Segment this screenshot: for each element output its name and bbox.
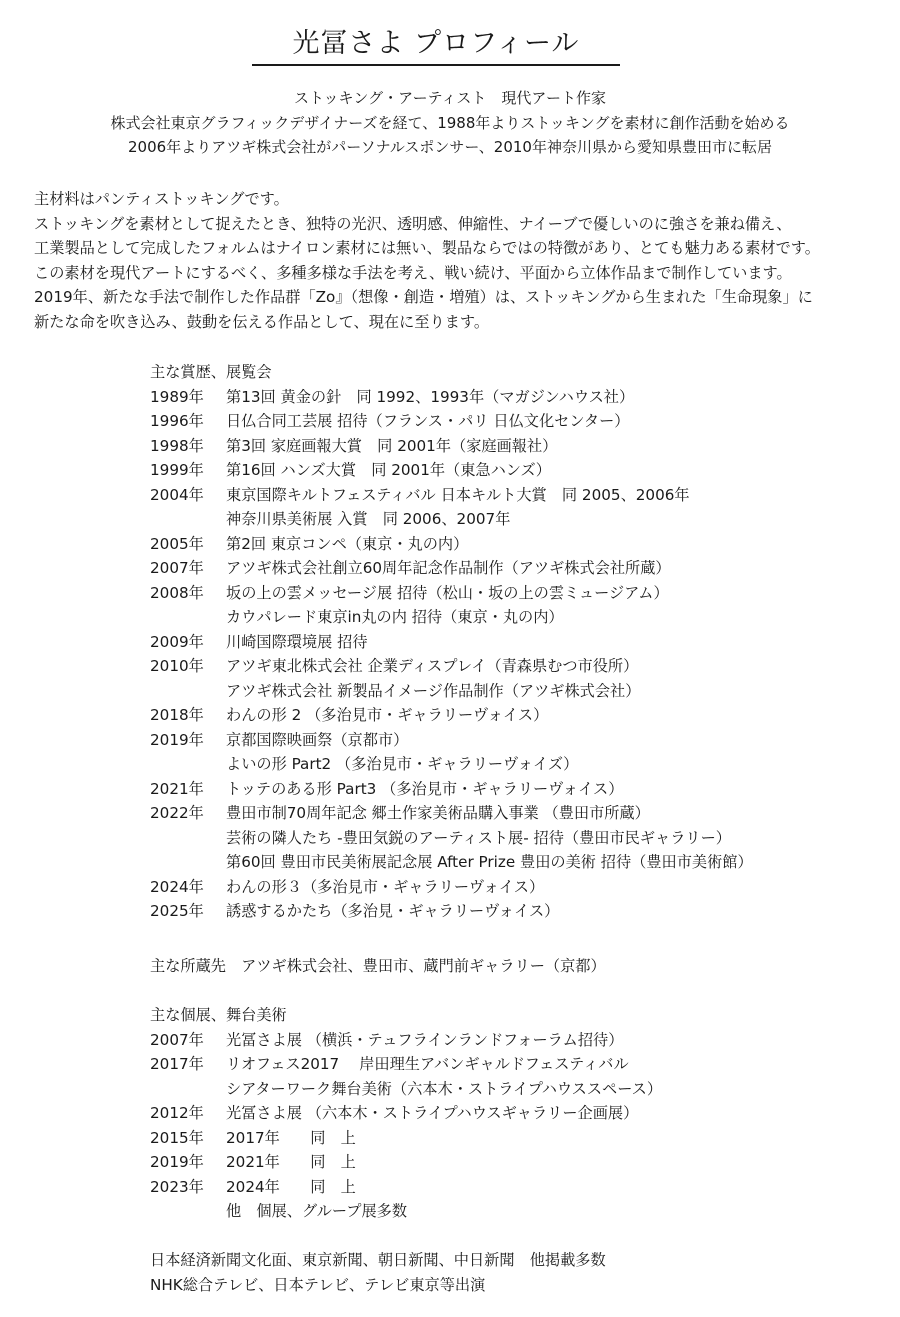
- media-line: NHK総合テレビ、日本テレビ、テレビ東京等出演: [150, 1273, 606, 1298]
- solo-year: 2017年: [150, 1052, 226, 1077]
- media-section: 日本経済新聞文化面、東京新聞、朝日新聞、中日新聞 他掲載多数 NHK総合テレビ、…: [150, 1248, 606, 1297]
- award-desc: アツギ株式会社 新製品イメージ作品制作（アツギ株式会社）: [226, 679, 640, 704]
- solo-desc: シアターワーク舞台美術（六本木・ストライプハウススペース）: [226, 1077, 662, 1102]
- solo-row: 2015年2017年 同 上: [150, 1126, 662, 1151]
- award-row: 2004年東京国際キルトフェスティバル 日本キルト大賞 同 2005、2006年: [150, 483, 753, 508]
- award-row: 1996年日仏合同工芸展 招待（フランス・パリ 日仏文化センター）: [150, 409, 753, 434]
- award-year: 2025年: [150, 899, 226, 924]
- solo-row: 他 個展、グループ展多数: [150, 1199, 662, 1224]
- award-desc: アツギ株式会社創立60周年記念作品制作（アツギ株式会社所蔵）: [226, 556, 671, 581]
- award-desc: カウパレード東京in丸の内 招待（東京・丸の内）: [226, 605, 564, 630]
- award-year: 1998年: [150, 434, 226, 459]
- award-desc: 京都国際映画祭（京都市）: [226, 728, 408, 753]
- award-desc: 第13回 黄金の針 同 1992、1993年（マガジンハウス社）: [226, 385, 634, 410]
- solo-year: 2015年: [150, 1126, 226, 1151]
- award-desc: アツギ東北株式会社 企業ディスプレイ（青森県むつ市役所）: [226, 654, 638, 679]
- award-row: 2007年アツギ株式会社創立60周年記念作品制作（アツギ株式会社所蔵）: [150, 556, 753, 581]
- solo-year: 2012年: [150, 1101, 226, 1126]
- solo-desc: 2024年 同 上: [226, 1175, 356, 1200]
- collections-section: 主な所蔵先 アツギ株式会社、豊田市、蔵門前ギャラリー（京都）: [150, 954, 606, 979]
- award-year: 2018年: [150, 703, 226, 728]
- award-row: 2010年アツギ東北株式会社 企業ディスプレイ（青森県むつ市役所）: [150, 654, 753, 679]
- award-desc: 芸術の隣人たち -豊田気鋭のアーティスト展- 招待（豊田市民ギャラリー）: [226, 826, 731, 851]
- solo-row: 2019年2021年 同 上: [150, 1150, 662, 1175]
- award-row: 2025年誘惑するかたち（多治見・ギャラリーヴォイス）: [150, 899, 753, 924]
- award-desc: 豊田市制70周年記念 郷土作家美術品購入事業 （豊田市所蔵）: [226, 801, 650, 826]
- solo-row: 2023年2024年 同 上: [150, 1175, 662, 1200]
- solo-year: 2019年: [150, 1150, 226, 1175]
- award-year: [150, 507, 226, 532]
- award-desc: よいの形 Part2 （多治見市・ギャラリーヴォイズ）: [226, 752, 578, 777]
- solo-row: 2012年光冨さよ展 （六本木・ストライプハウスギャラリー企画展）: [150, 1101, 662, 1126]
- solo-year: [150, 1199, 226, 1224]
- award-year: 2019年: [150, 728, 226, 753]
- page-title-block: 光冨さよ プロフィール: [252, 26, 620, 66]
- statement-line: 2019年、新たな手法で制作した作品群「Zo』（想像・創造・増殖）は、ストッキン…: [34, 285, 894, 310]
- solo-year: 2007年: [150, 1028, 226, 1053]
- award-desc: 東京国際キルトフェスティバル 日本キルト大賞 同 2005、2006年: [226, 483, 690, 508]
- statement-line: 新たな命を吹き込み、鼓動を伝える作品として、現在に至ります。: [34, 310, 894, 335]
- award-row: 1989年第13回 黄金の針 同 1992、1993年（マガジンハウス社）: [150, 385, 753, 410]
- award-year: 2008年: [150, 581, 226, 606]
- award-row: 2022年豊田市制70周年記念 郷土作家美術品購入事業 （豊田市所蔵）: [150, 801, 753, 826]
- statement-line: 主材料はパンティストッキングです。: [34, 187, 894, 212]
- solo-desc: 2017年 同 上: [226, 1126, 356, 1151]
- award-desc: 誘惑するかたち（多治見・ギャラリーヴォイス）: [226, 899, 559, 924]
- award-row: 2008年坂の上の雲メッセージ展 招待（松山・坂の上の雲ミュージアム）: [150, 581, 753, 606]
- intro-line: 2006年よりアツギ株式会社がパーソナルスポンサー、2010年神奈川県から愛知県…: [0, 135, 900, 160]
- solo-row: 2007年光冨さよ展 （横浜・テュフラインランドフォーラム招待）: [150, 1028, 662, 1053]
- award-row: 神奈川県美術展 入賞 同 2006、2007年: [150, 507, 753, 532]
- award-row: 2019年京都国際映画祭（京都市）: [150, 728, 753, 753]
- award-row: 1999年第16回 ハンズ大賞 同 2001年（東急ハンズ）: [150, 458, 753, 483]
- award-row: よいの形 Part2 （多治見市・ギャラリーヴォイズ）: [150, 752, 753, 777]
- award-year: 1996年: [150, 409, 226, 434]
- solo-row: シアターワーク舞台美術（六本木・ストライプハウススペース）: [150, 1077, 662, 1102]
- solo-desc: リオフェス2017 岸田理生アバンギャルドフェスティバル: [226, 1052, 629, 1077]
- solo-exhibitions-section: 主な個展、舞台美術 2007年光冨さよ展 （横浜・テュフラインランドフォーラム招…: [150, 1003, 662, 1224]
- page-title: 光冨さよ プロフィール: [252, 26, 620, 64]
- award-year: 2022年: [150, 801, 226, 826]
- award-year: 2009年: [150, 630, 226, 655]
- award-row: 2005年第2回 東京コンペ（東京・丸の内）: [150, 532, 753, 557]
- award-row: 2018年わんの形 2 （多治見市・ギャラリーヴォイス）: [150, 703, 753, 728]
- intro-line: 株式会社東京グラフィックデザイナーズを経て、1988年よりストッキングを素材に創…: [0, 111, 900, 136]
- solo-year: 2023年: [150, 1175, 226, 1200]
- award-year: 2004年: [150, 483, 226, 508]
- award-row: 2009年川崎国際環境展 招待: [150, 630, 753, 655]
- awards-heading: 主な賞歴、展覧会: [150, 360, 753, 385]
- award-row: 2021年トッテのある形 Part3 （多治見市・ギャラリーヴォイス）: [150, 777, 753, 802]
- solo-heading: 主な個展、舞台美術: [150, 1003, 662, 1028]
- award-year: 2024年: [150, 875, 226, 900]
- award-year: 2005年: [150, 532, 226, 557]
- award-year: [150, 826, 226, 851]
- statement-line: 工業製品として完成したフォルムはナイロン素材には無い、製品ならではの特徴があり、…: [34, 236, 894, 261]
- award-desc: 日仏合同工芸展 招待（フランス・パリ 日仏文化センター）: [226, 409, 629, 434]
- award-row: 2024年わんの形３（多治見市・ギャラリーヴォイス）: [150, 875, 753, 900]
- award-year: 2007年: [150, 556, 226, 581]
- award-row: 第60回 豊田市民美術展記念展 After Prize 豊田の美術 招待（豊田市…: [150, 850, 753, 875]
- award-year: 2010年: [150, 654, 226, 679]
- artist-statement: 主材料はパンティストッキングです。 ストッキングを素材として捉えたとき、独特の光…: [34, 187, 894, 334]
- award-desc: 川崎国際環境展 招待: [226, 630, 368, 655]
- statement-line: この素材を現代アートにするべく、多種多様な手法を考え、戦い続け、平面から立体作品…: [34, 261, 894, 286]
- solo-row: 2017年リオフェス2017 岸田理生アバンギャルドフェスティバル: [150, 1052, 662, 1077]
- award-year: [150, 679, 226, 704]
- award-desc: 第16回 ハンズ大賞 同 2001年（東急ハンズ）: [226, 458, 551, 483]
- award-desc: 第3回 家庭画報大賞 同 2001年（家庭画報社）: [226, 434, 557, 459]
- award-year: [150, 752, 226, 777]
- award-desc: わんの形３（多治見市・ギャラリーヴォイス）: [226, 875, 544, 900]
- award-row: カウパレード東京in丸の内 招待（東京・丸の内）: [150, 605, 753, 630]
- award-year: [150, 850, 226, 875]
- award-desc: 坂の上の雲メッセージ展 招待（松山・坂の上の雲ミュージアム）: [226, 581, 669, 606]
- award-desc: トッテのある形 Part3 （多治見市・ギャラリーヴォイス）: [226, 777, 623, 802]
- award-row: 芸術の隣人たち -豊田気鋭のアーティスト展- 招待（豊田市民ギャラリー）: [150, 826, 753, 851]
- solo-year: [150, 1077, 226, 1102]
- media-line: 日本経済新聞文化面、東京新聞、朝日新聞、中日新聞 他掲載多数: [150, 1248, 606, 1273]
- award-desc: 神奈川県美術展 入賞 同 2006、2007年: [226, 507, 510, 532]
- award-desc: わんの形 2 （多治見市・ギャラリーヴォイス）: [226, 703, 548, 728]
- awards-section: 主な賞歴、展覧会 1989年第13回 黄金の針 同 1992、1993年（マガジ…: [150, 360, 753, 924]
- solo-desc: 光冨さよ展 （横浜・テュフラインランドフォーラム招待）: [226, 1028, 623, 1053]
- award-row: アツギ株式会社 新製品イメージ作品制作（アツギ株式会社）: [150, 679, 753, 704]
- award-row: 1998年第3回 家庭画報大賞 同 2001年（家庭画報社）: [150, 434, 753, 459]
- solo-desc: 光冨さよ展 （六本木・ストライプハウスギャラリー企画展）: [226, 1101, 638, 1126]
- award-year: 2021年: [150, 777, 226, 802]
- solo-desc: 2021年 同 上: [226, 1150, 356, 1175]
- collections-text: 主な所蔵先 アツギ株式会社、豊田市、蔵門前ギャラリー（京都）: [150, 954, 606, 979]
- intro-line: ストッキング・アーティスト 現代アート作家: [0, 86, 900, 111]
- award-year: [150, 605, 226, 630]
- solo-desc: 他 個展、グループ展多数: [226, 1199, 407, 1224]
- award-desc: 第2回 東京コンペ（東京・丸の内）: [226, 532, 468, 557]
- statement-line: ストッキングを素材として捉えたとき、独特の光沢、透明感、伸縮性、ナイーブで優しい…: [34, 212, 894, 237]
- intro-block: ストッキング・アーティスト 現代アート作家 株式会社東京グラフィックデザイナーズ…: [0, 86, 900, 160]
- award-desc: 第60回 豊田市民美術展記念展 After Prize 豊田の美術 招待（豊田市…: [226, 850, 753, 875]
- award-year: 1989年: [150, 385, 226, 410]
- award-year: 1999年: [150, 458, 226, 483]
